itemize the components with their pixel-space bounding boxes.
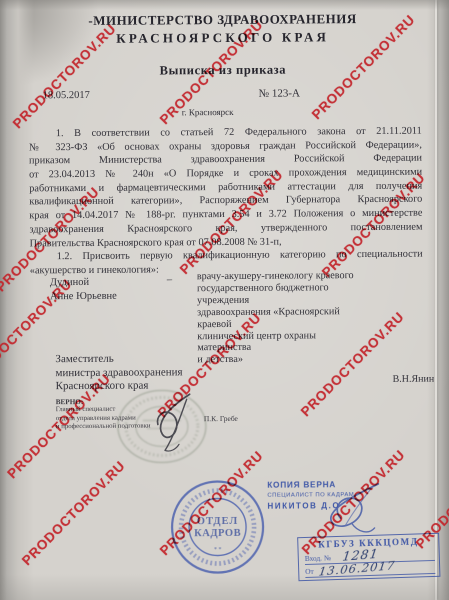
incoming-registration-stamp: КГБУЗ КККЦОМД Вход. № 1281 От 13.06.2017 xyxy=(297,533,440,581)
incoming-date-label: От xyxy=(305,567,314,576)
hr-stamp-line2: КАДРОВ xyxy=(194,528,241,539)
document-content: -МИНИСТЕРСТВО ЗДРАВООХРАНЕНИЯ КРАСНОЯРСК… xyxy=(0,0,449,600)
hr-stamp-marks: * * xyxy=(214,547,222,553)
copy-stamp-line1: КОПИЯ ВЕРНА xyxy=(267,480,336,489)
hr-department-stamp-icon: ОТДЕЛ КАДРОВ * * xyxy=(172,481,264,573)
copy-stamp-line2: СПЕЦИАЛИСТ ПО КАДРАМ xyxy=(267,492,354,499)
faint-round-stamp-icon xyxy=(118,390,207,463)
scanned-order-document: -МИНИСТЕРСТВО ЗДРАВООХРАНЕНИЯ КРАСНОЯРСК… xyxy=(0,0,449,600)
incoming-date-row: От 13.06.2017 xyxy=(305,561,435,578)
copy-stamp-line3: НИКИТОВ Д.О xyxy=(267,501,340,511)
stamp-graphics: ОТДЕЛ КАДРОВ * * xyxy=(0,0,449,600)
hr-stamp-line1: ОТДЕЛ xyxy=(197,516,238,527)
dark-signature-icon xyxy=(157,394,190,451)
incoming-number-label: Вход. № xyxy=(305,553,331,563)
stamps-layer: ОТДЕЛ КАДРОВ * * КОПИЯ ВЕРНА СПЕЦИАЛИСТ … xyxy=(0,0,449,600)
